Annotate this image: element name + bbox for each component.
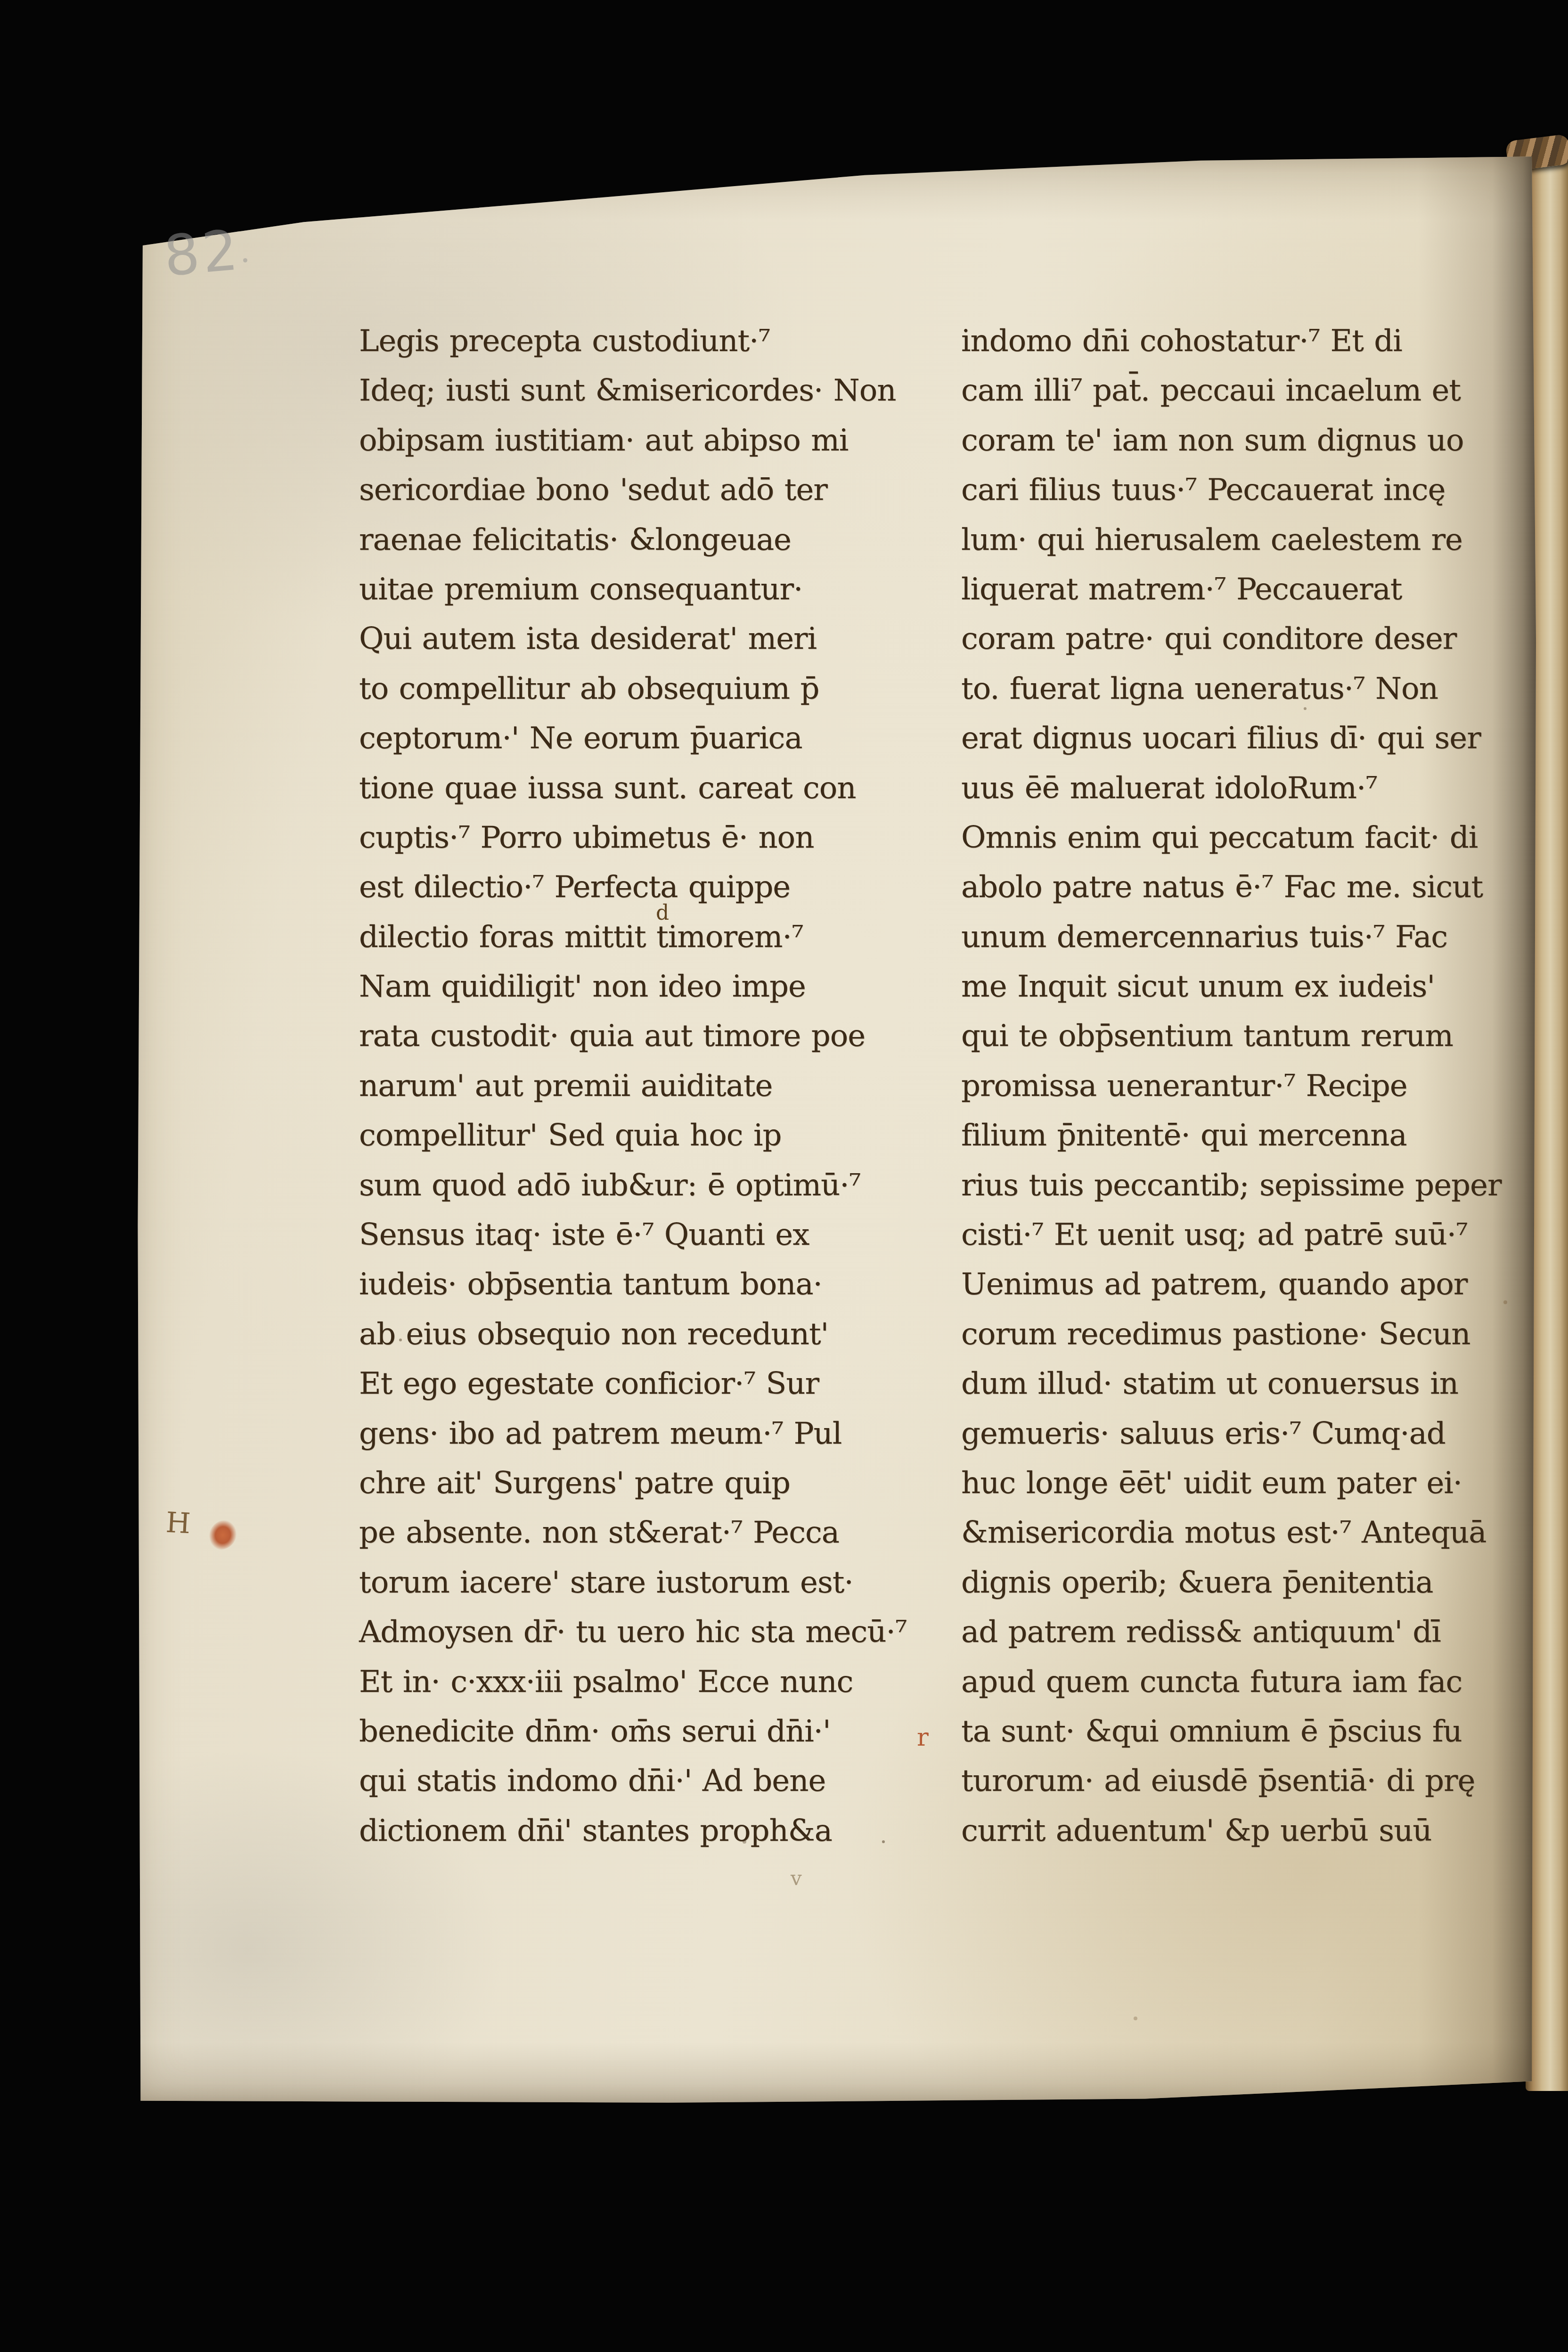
manuscript-text-line: ab eius obsequio non recedunt' bbox=[359, 1310, 948, 1359]
manuscript-text-line: uus ēē maluerat idoloRum·⁷ bbox=[961, 764, 1550, 813]
manuscript-text-line: raenae felicitatis· &longeuae bbox=[359, 515, 948, 565]
manuscript-text-line: ceptorum·' Ne eorum p̄uarica bbox=[359, 714, 948, 763]
manuscript-text-line: Sensus itaq· iste ē·⁷ Quanti ex bbox=[359, 1210, 948, 1260]
manuscript-text-line: dilectio foras mittit timorem·⁷ bbox=[359, 913, 948, 962]
manuscript-text-line: cari filius tuus·⁷ Peccauerat incę bbox=[961, 465, 1550, 515]
manuscript-text-line: narum' aut premii auiditate bbox=[359, 1062, 948, 1111]
manuscript-text-line: Et in· c·xxx·iii psalmo' Ecce nunc bbox=[359, 1658, 948, 1707]
manuscript-text-line: obipsam iustitiam· aut abipso mi bbox=[359, 416, 948, 465]
manuscript-text-line: uitae premium consequantur· bbox=[359, 565, 948, 614]
manuscript-text-line: sum quod adō iub&ur: ē optimū·⁷ bbox=[359, 1161, 948, 1210]
manuscript-text-line: pe absente. non st&erat·⁷ Pecca bbox=[359, 1508, 948, 1558]
manuscript-text-line: currit aduentum' &p uerbū suū bbox=[961, 1806, 1550, 1856]
manuscript-text-line: torum iacere' stare iustorum est· bbox=[359, 1558, 948, 1608]
manuscript-text-line: coram patre· qui conditore deser bbox=[961, 614, 1550, 664]
manuscript-photo: 82 Legis precepta custodiunt·⁷Ideq; iust… bbox=[0, 0, 1568, 2352]
manuscript-text-line: huc longe ēēt' uidit eum pater ei· bbox=[961, 1459, 1550, 1508]
manuscript-text-line: Qui autem ista desiderat' meri bbox=[359, 614, 948, 664]
manuscript-text-line: gens· ibo ad patrem meum·⁷ Pul bbox=[359, 1409, 948, 1459]
manuscript-text-line: iudeis· obp̄sentia tantum bona· bbox=[359, 1260, 948, 1309]
manuscript-text-line: rius tuis peccantib; sepissime peper bbox=[961, 1161, 1550, 1210]
manuscript-text-line: turorum· ad eiusdē p̄sentiā· di prę bbox=[961, 1756, 1550, 1806]
manuscript-text-line: to. fuerat ligna ueneratus·⁷ Non bbox=[961, 664, 1550, 714]
manuscript-text-line: cisti·⁷ Et uenit usq; ad patrē suū·⁷ bbox=[961, 1210, 1550, 1260]
manuscript-text-line: me Inquit sicut unum ex iudeis' bbox=[961, 962, 1550, 1012]
manuscript-text-line: Legis precepta custodiunt·⁷ bbox=[359, 317, 948, 366]
manuscript-text-line: dictionem dn̄i' stantes proph&a bbox=[359, 1806, 948, 1856]
manuscript-text-line: est dilectio·⁷ Perfecta quippe bbox=[359, 863, 948, 912]
manuscript-text-line: Omnis enim qui peccatum facit· di bbox=[961, 813, 1550, 863]
manuscript-text-line: dignis operib; &uera p̄enitentia bbox=[961, 1558, 1550, 1608]
manuscript-text-line: qui te obp̄sentium tantum rerum bbox=[961, 1012, 1550, 1061]
manuscript-text-line: coram te' iam non sum dignus uo bbox=[961, 416, 1550, 465]
parchment-speckles bbox=[136, 152, 138, 154]
manuscript-text-line: Ideq; iusti sunt &misericordes· Non bbox=[359, 366, 948, 416]
manuscript-text-line: Admoysen dr̄· tu uero hic sta mecū·⁷ bbox=[359, 1608, 948, 1657]
manuscript-text-line: apud quem cuncta futura iam fac bbox=[961, 1658, 1550, 1707]
manuscript-text-line: erat dignus uocari filius dī· qui ser bbox=[961, 714, 1550, 763]
manuscript-text-line: qui statis indomo dn̄i·' Ad bene bbox=[359, 1756, 948, 1806]
interlinear-correction: d bbox=[656, 901, 669, 925]
manuscript-text-line: promissa uenerantur·⁷ Recipe bbox=[961, 1062, 1550, 1111]
manuscript-text-line: rata custodit· quia aut timore poe bbox=[359, 1012, 948, 1061]
manuscript-text-line: corum recedimus pastione· Secun bbox=[961, 1310, 1550, 1359]
manuscript-text-line: ta sunt· &qui omnium ē p̄scius fu bbox=[961, 1707, 1550, 1756]
manuscript-text-line: chre ait' Surgens' patre quip bbox=[359, 1459, 948, 1508]
manuscript-text-line: to compellitur ab obsequium p̄ bbox=[359, 664, 948, 714]
manuscript-text-line: Nam quidiligit' non ideo impe bbox=[359, 962, 948, 1012]
manuscript-text-line: cam illi⁷ pat̄. peccaui incaelum et bbox=[961, 366, 1550, 416]
red-nota-letter: r bbox=[917, 1723, 929, 1752]
manuscript-text-line: dum illud· statim ut conuersus in bbox=[961, 1359, 1550, 1409]
quire-mark: v bbox=[791, 1867, 802, 1890]
manuscript-text-line: indomo dn̄i cohostatur·⁷ Et di bbox=[961, 317, 1550, 366]
folio-number-pencil: 82 bbox=[161, 217, 243, 289]
manuscript-text-line: compellitur' Sed quia hoc ip bbox=[359, 1111, 948, 1160]
manuscript-text-line: tione quae iussa sunt. careat con bbox=[359, 764, 948, 813]
manuscript-text-line: lum· qui hierusalem caelestem re bbox=[961, 515, 1550, 565]
pencil-dot bbox=[243, 258, 247, 262]
manuscript-text-line: sericordiae bono 'sedut adō ter bbox=[359, 465, 948, 515]
manuscript-text-line: ad patrem rediss& antiquum' dī bbox=[961, 1608, 1550, 1657]
manuscript-text-line: liquerat matrem·⁷ Peccauerat bbox=[961, 565, 1550, 614]
manuscript-text-line: benedicite dn̄m· om̄s serui dn̄i·' bbox=[359, 1707, 948, 1756]
manuscript-text-line: Et ego egestate conficior·⁷ Sur bbox=[359, 1359, 948, 1409]
text-column-right: indomo dn̄i cohostatur·⁷ Et dicam illi⁷ … bbox=[961, 317, 1550, 1856]
manuscript-text-line: gemueris· saluus eris·⁷ Cumq·ad bbox=[961, 1409, 1550, 1459]
margin-mark: H bbox=[165, 1506, 191, 1541]
manuscript-text-line: cuptis·⁷ Porro ubimetus ē· non bbox=[359, 813, 948, 863]
manuscript-text-line: Uenimus ad patrem, quando apor bbox=[961, 1260, 1550, 1309]
manuscript-text-line: unum demercennarius tuis·⁷ Fac bbox=[961, 913, 1550, 962]
manuscript-text-line: &misericordia motus est·⁷ Antequā bbox=[961, 1508, 1550, 1558]
manuscript-text-line: filium p̄nitentē· qui mercenna bbox=[961, 1111, 1550, 1160]
text-column-left: Legis precepta custodiunt·⁷Ideq; iusti s… bbox=[359, 317, 948, 1856]
manuscript-text-line: abolo patre natus ē·⁷ Fac me. sicut bbox=[961, 863, 1550, 912]
